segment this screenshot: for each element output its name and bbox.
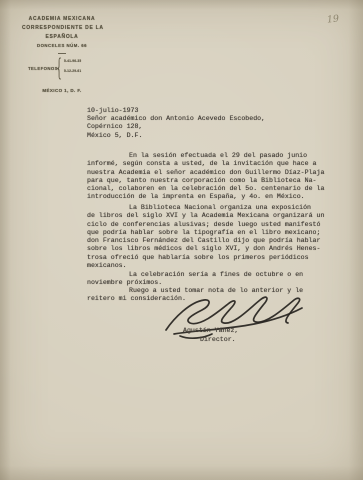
letterhead-address: DONCELES NÚM. 66 bbox=[22, 42, 102, 50]
letterhead: ACADEMIA MEXICANA CORRESPONDIENTE DE LA … bbox=[22, 15, 102, 93]
letterhead-telephones: TELEFONOS: { 5-41-96-35 5-12-29-61 bbox=[22, 56, 102, 84]
telephone-number-2: 5-12-29-61 bbox=[64, 69, 81, 73]
recipient-address-block: Señor académico don Antonio Acevedo Esco… bbox=[87, 115, 265, 140]
letterhead-city: MÉXICO 1, D. F. bbox=[22, 88, 102, 93]
body-paragraph-3: La celebración sería a fines de octubre … bbox=[87, 271, 303, 288]
signer-title: Director. bbox=[200, 336, 236, 344]
letterhead-institution-line3: ESPAÑOLA bbox=[22, 33, 102, 42]
telephone-number-1: 5-41-96-35 bbox=[64, 59, 81, 63]
letter-page: ACADEMIA MEXICANA CORRESPONDIENTE DE LA … bbox=[0, 0, 363, 480]
handwritten-page-number: 19 bbox=[326, 13, 339, 25]
letterhead-institution-line2: CORRESPONDIENTE DE LA bbox=[22, 24, 102, 33]
brace-icon: { bbox=[55, 54, 63, 82]
body-paragraph-2: La Biblioteca Nacional organiza una expo… bbox=[87, 204, 324, 270]
signer-name: Agustín Yáñez, bbox=[183, 327, 238, 335]
body-paragraph-1: En la sesión efectuada el 29 del pasado … bbox=[87, 152, 324, 202]
letterhead-institution-line1: ACADEMIA MEXICANA bbox=[22, 15, 102, 24]
